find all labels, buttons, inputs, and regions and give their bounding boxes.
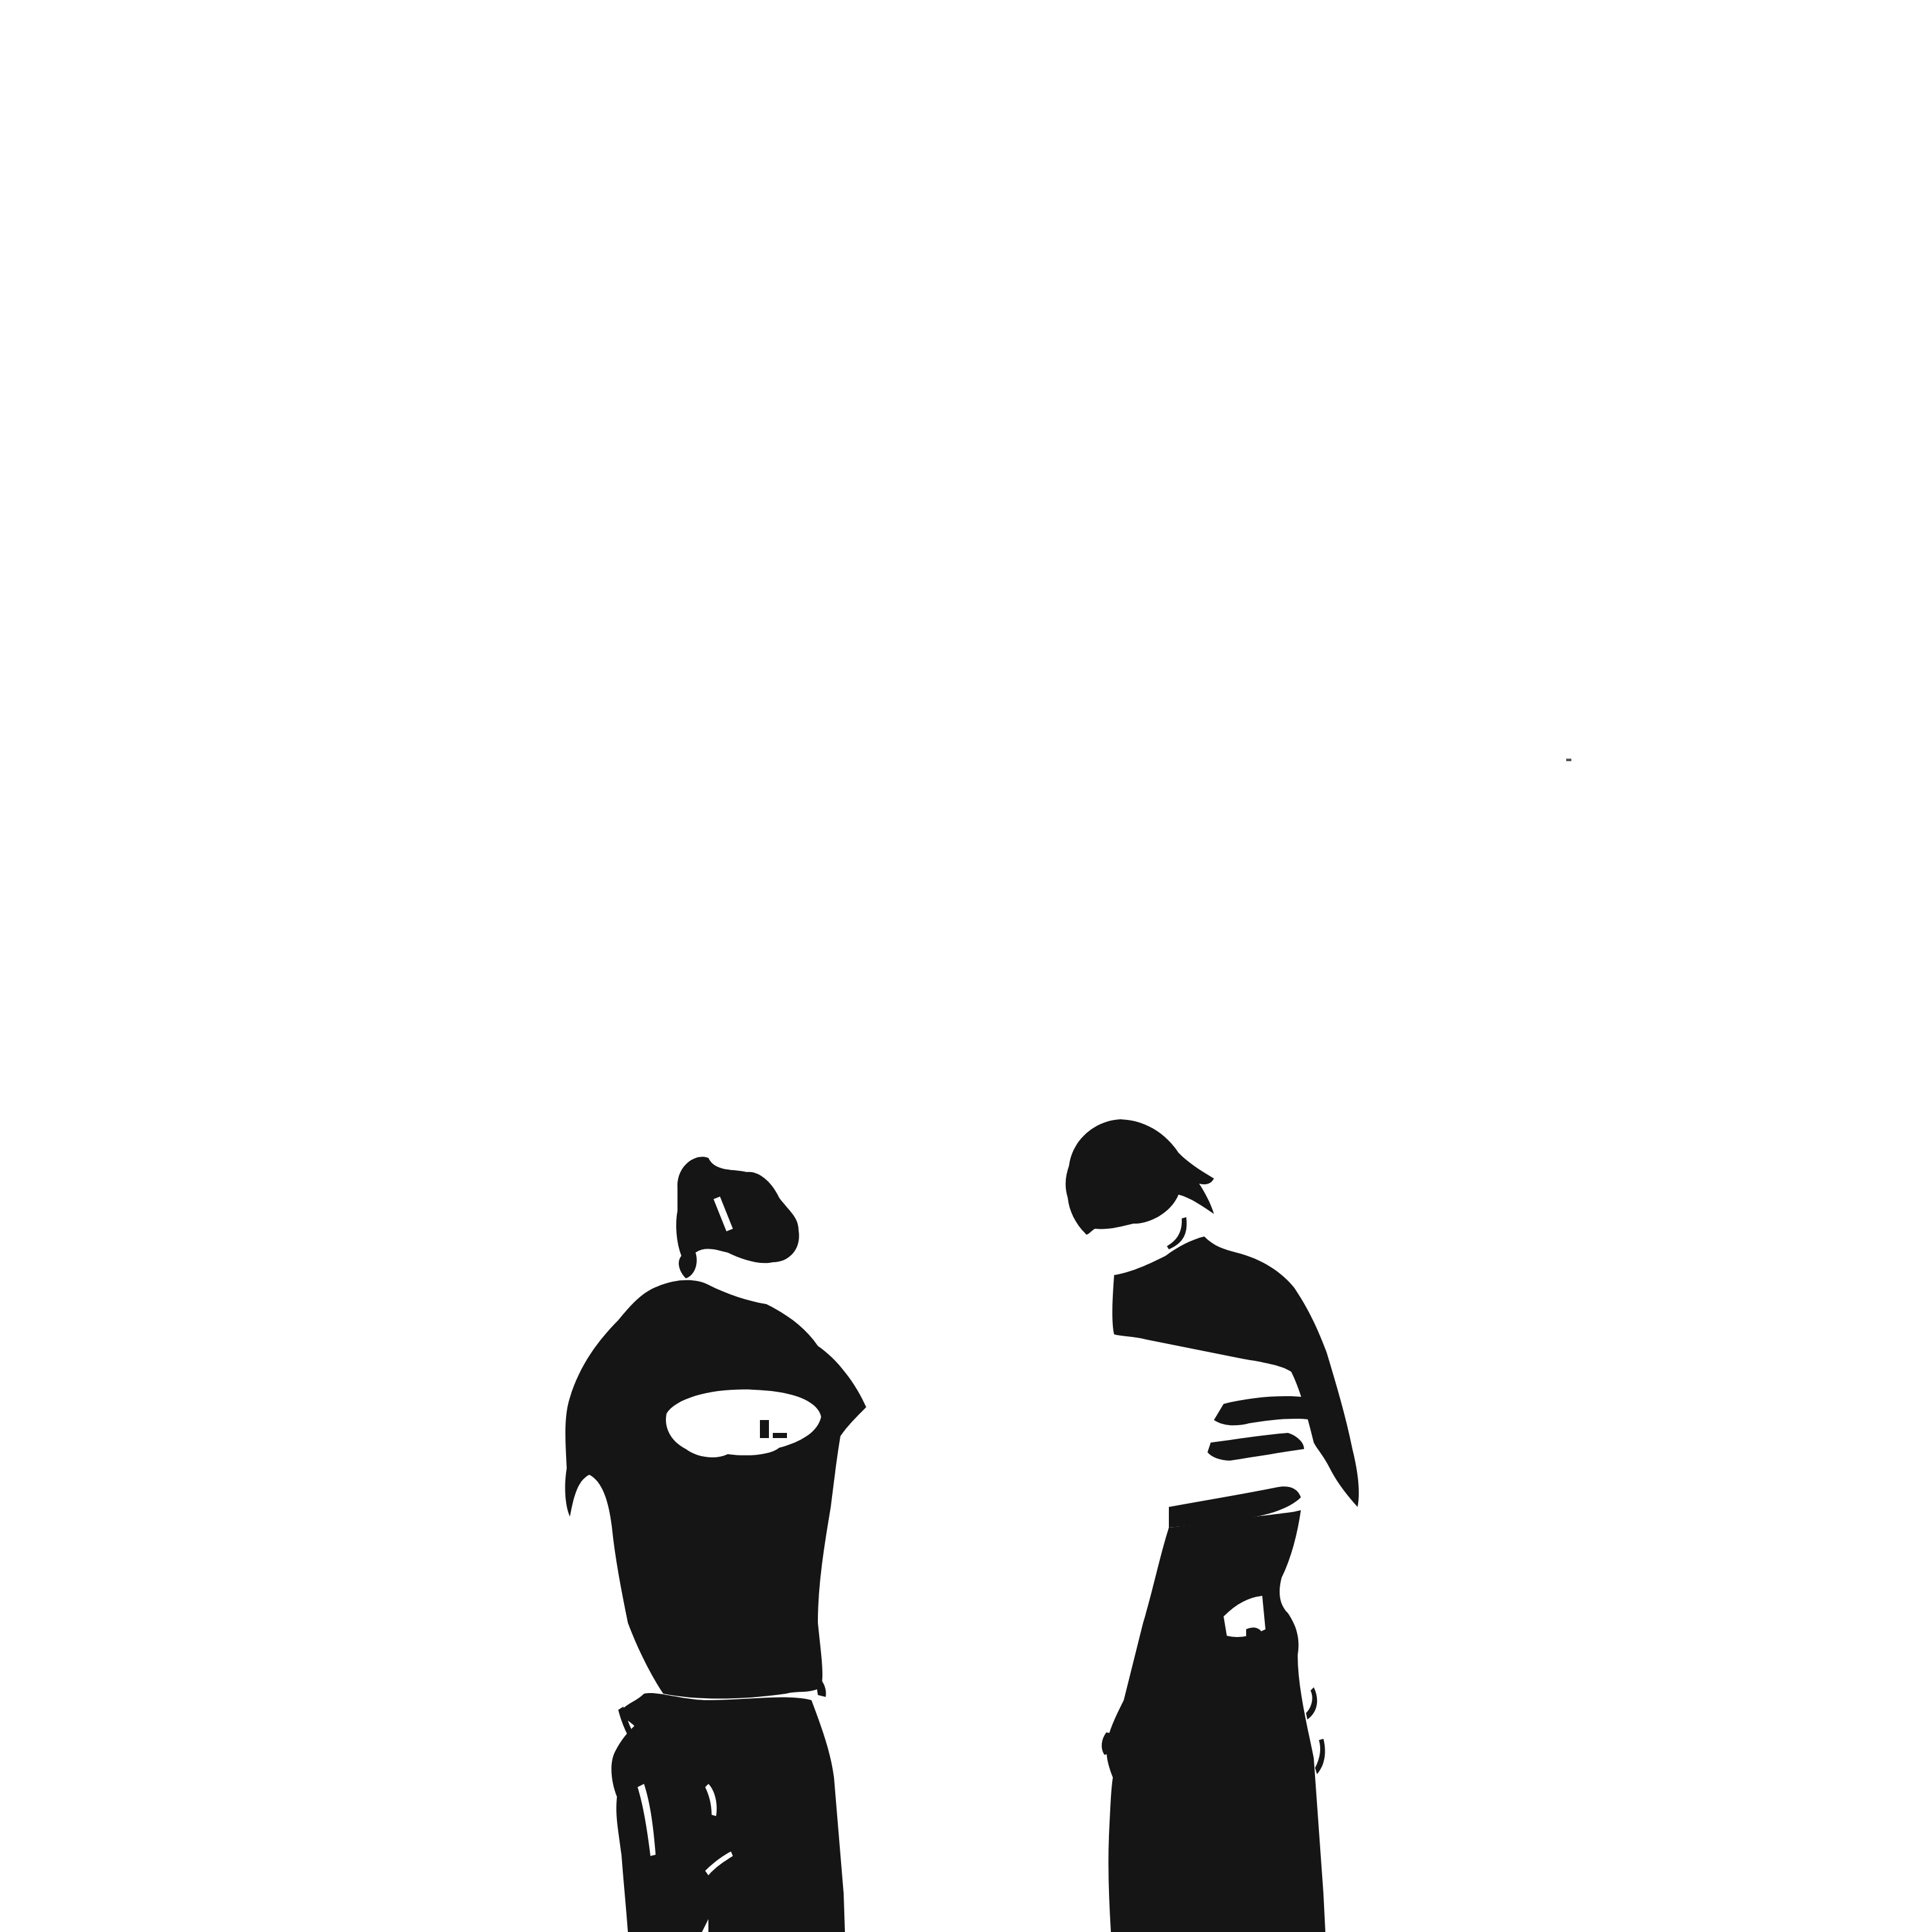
- left-figure-shirt: [565, 1280, 866, 1699]
- right-figure-pants: [1106, 1510, 1325, 1932]
- left-figure: [565, 1157, 866, 1932]
- left-figure-graphic-mark: [773, 1433, 787, 1438]
- image-canvas: [0, 0, 1932, 1932]
- silhouette-artwork: [0, 0, 1932, 1932]
- right-figure-shirt: [1112, 1236, 1359, 1507]
- right-figure-shirt-stripe: [1207, 1433, 1304, 1461]
- left-figure-hair: [676, 1157, 799, 1278]
- right-figure-shirt-stripe: [1214, 1396, 1315, 1425]
- right-figure-pants-fray: [1306, 1687, 1317, 1719]
- left-figure-graphic-mark: [760, 1420, 769, 1438]
- right-figure-hair: [1066, 1119, 1214, 1235]
- right-figure-pants-cuff: [1102, 1732, 1114, 1755]
- right-figure: [1066, 1119, 1359, 1932]
- right-figure-pants-fray: [1315, 1739, 1325, 1774]
- dust-speck: [1566, 759, 1571, 761]
